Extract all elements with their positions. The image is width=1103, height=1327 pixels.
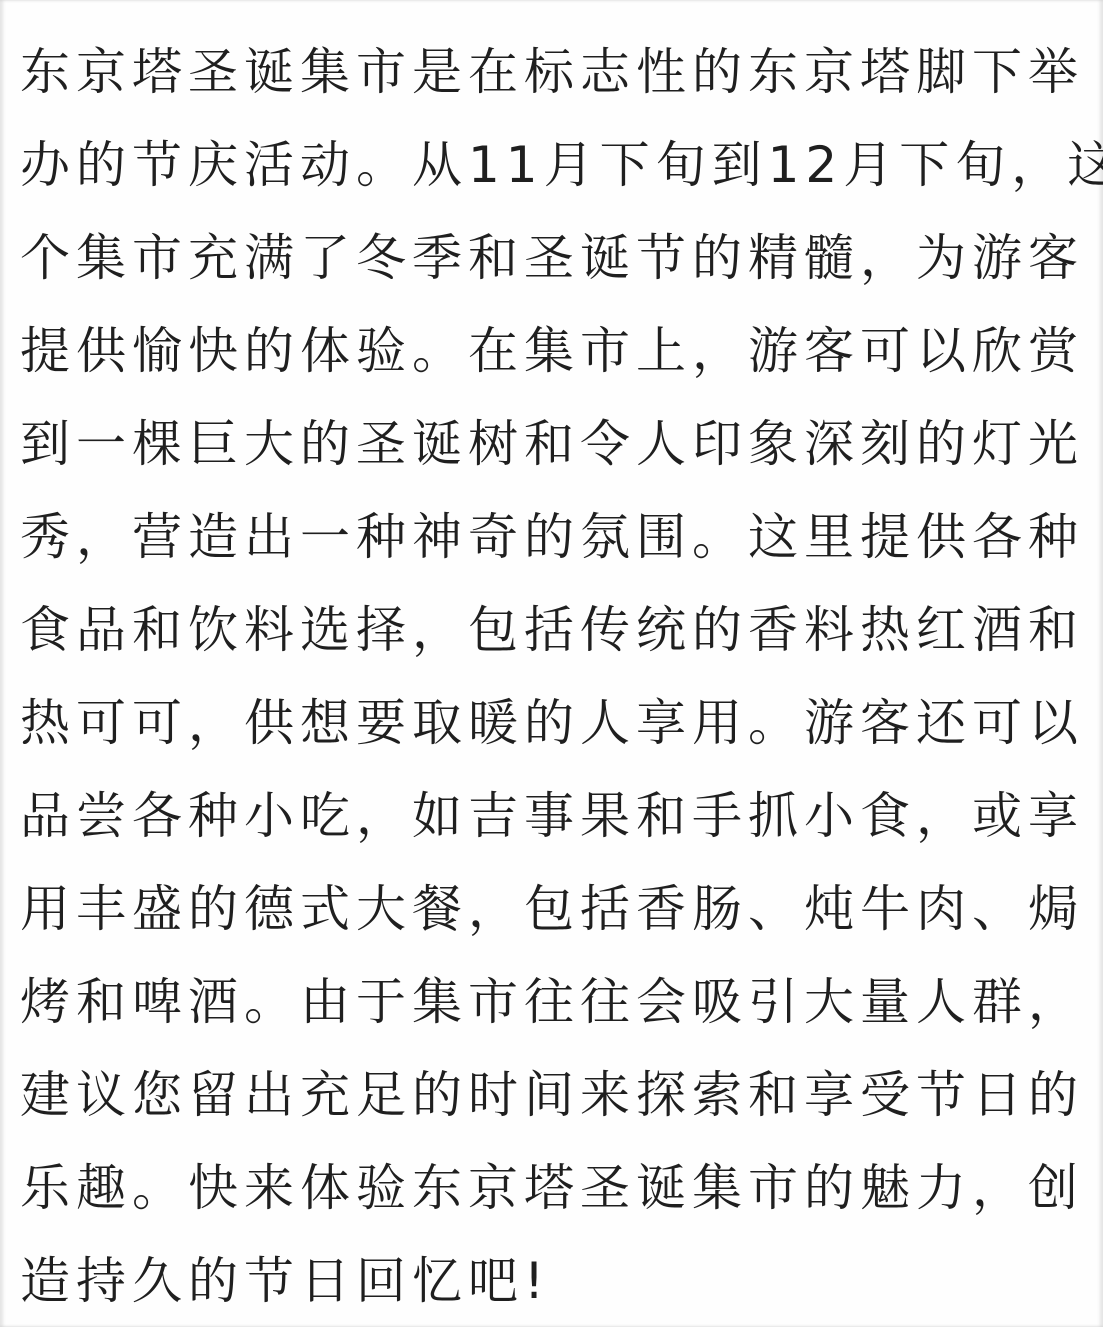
text-line-2: 办的节庆活动。从11月下旬到12月下旬，这: [20, 119, 1091, 212]
handwritten-note-page: 东京塔圣诞集市是在标志性的东京塔脚下举 办的节庆活动。从11月下旬到12月下旬，…: [0, 0, 1103, 1327]
text-line-7: 食品和饮料选择，包括传统的香料热红酒和: [20, 584, 1091, 677]
text-line-9: 品尝各种小吃，如吉事果和手抓小食，或享: [20, 770, 1091, 863]
text-line-6: 秀，营造出一种神奇的氛围。这里提供各种: [20, 491, 1091, 584]
text-line-14: 造持久的节日回忆吧!: [20, 1235, 1091, 1327]
text-line-13: 乐趣。快来体验东京塔圣诞集市的魅力，创: [20, 1142, 1091, 1235]
text-line-8: 热可可，供想要取暖的人享用。游客还可以: [20, 677, 1091, 770]
text-line-3: 个集市充满了冬季和圣诞节的精髓，为游客: [20, 212, 1091, 305]
text-line-5: 到一棵巨大的圣诞树和令人印象深刻的灯光: [20, 398, 1091, 491]
text-line-4: 提供愉快的体验。在集市上，游客可以欣赏: [20, 305, 1091, 398]
text-line-12: 建议您留出充足的时间来探索和享受节日的: [20, 1049, 1091, 1142]
text-line-11: 烤和啤酒。由于集市往往会吸引大量人群，: [20, 956, 1091, 1049]
text-line-1: 东京塔圣诞集市是在标志性的东京塔脚下举: [20, 26, 1091, 119]
text-line-10: 用丰盛的德式大餐，包括香肠、炖牛肉、焗: [20, 863, 1091, 956]
note-text-block: 东京塔圣诞集市是在标志性的东京塔脚下举 办的节庆活动。从11月下旬到12月下旬，…: [20, 26, 1091, 1327]
